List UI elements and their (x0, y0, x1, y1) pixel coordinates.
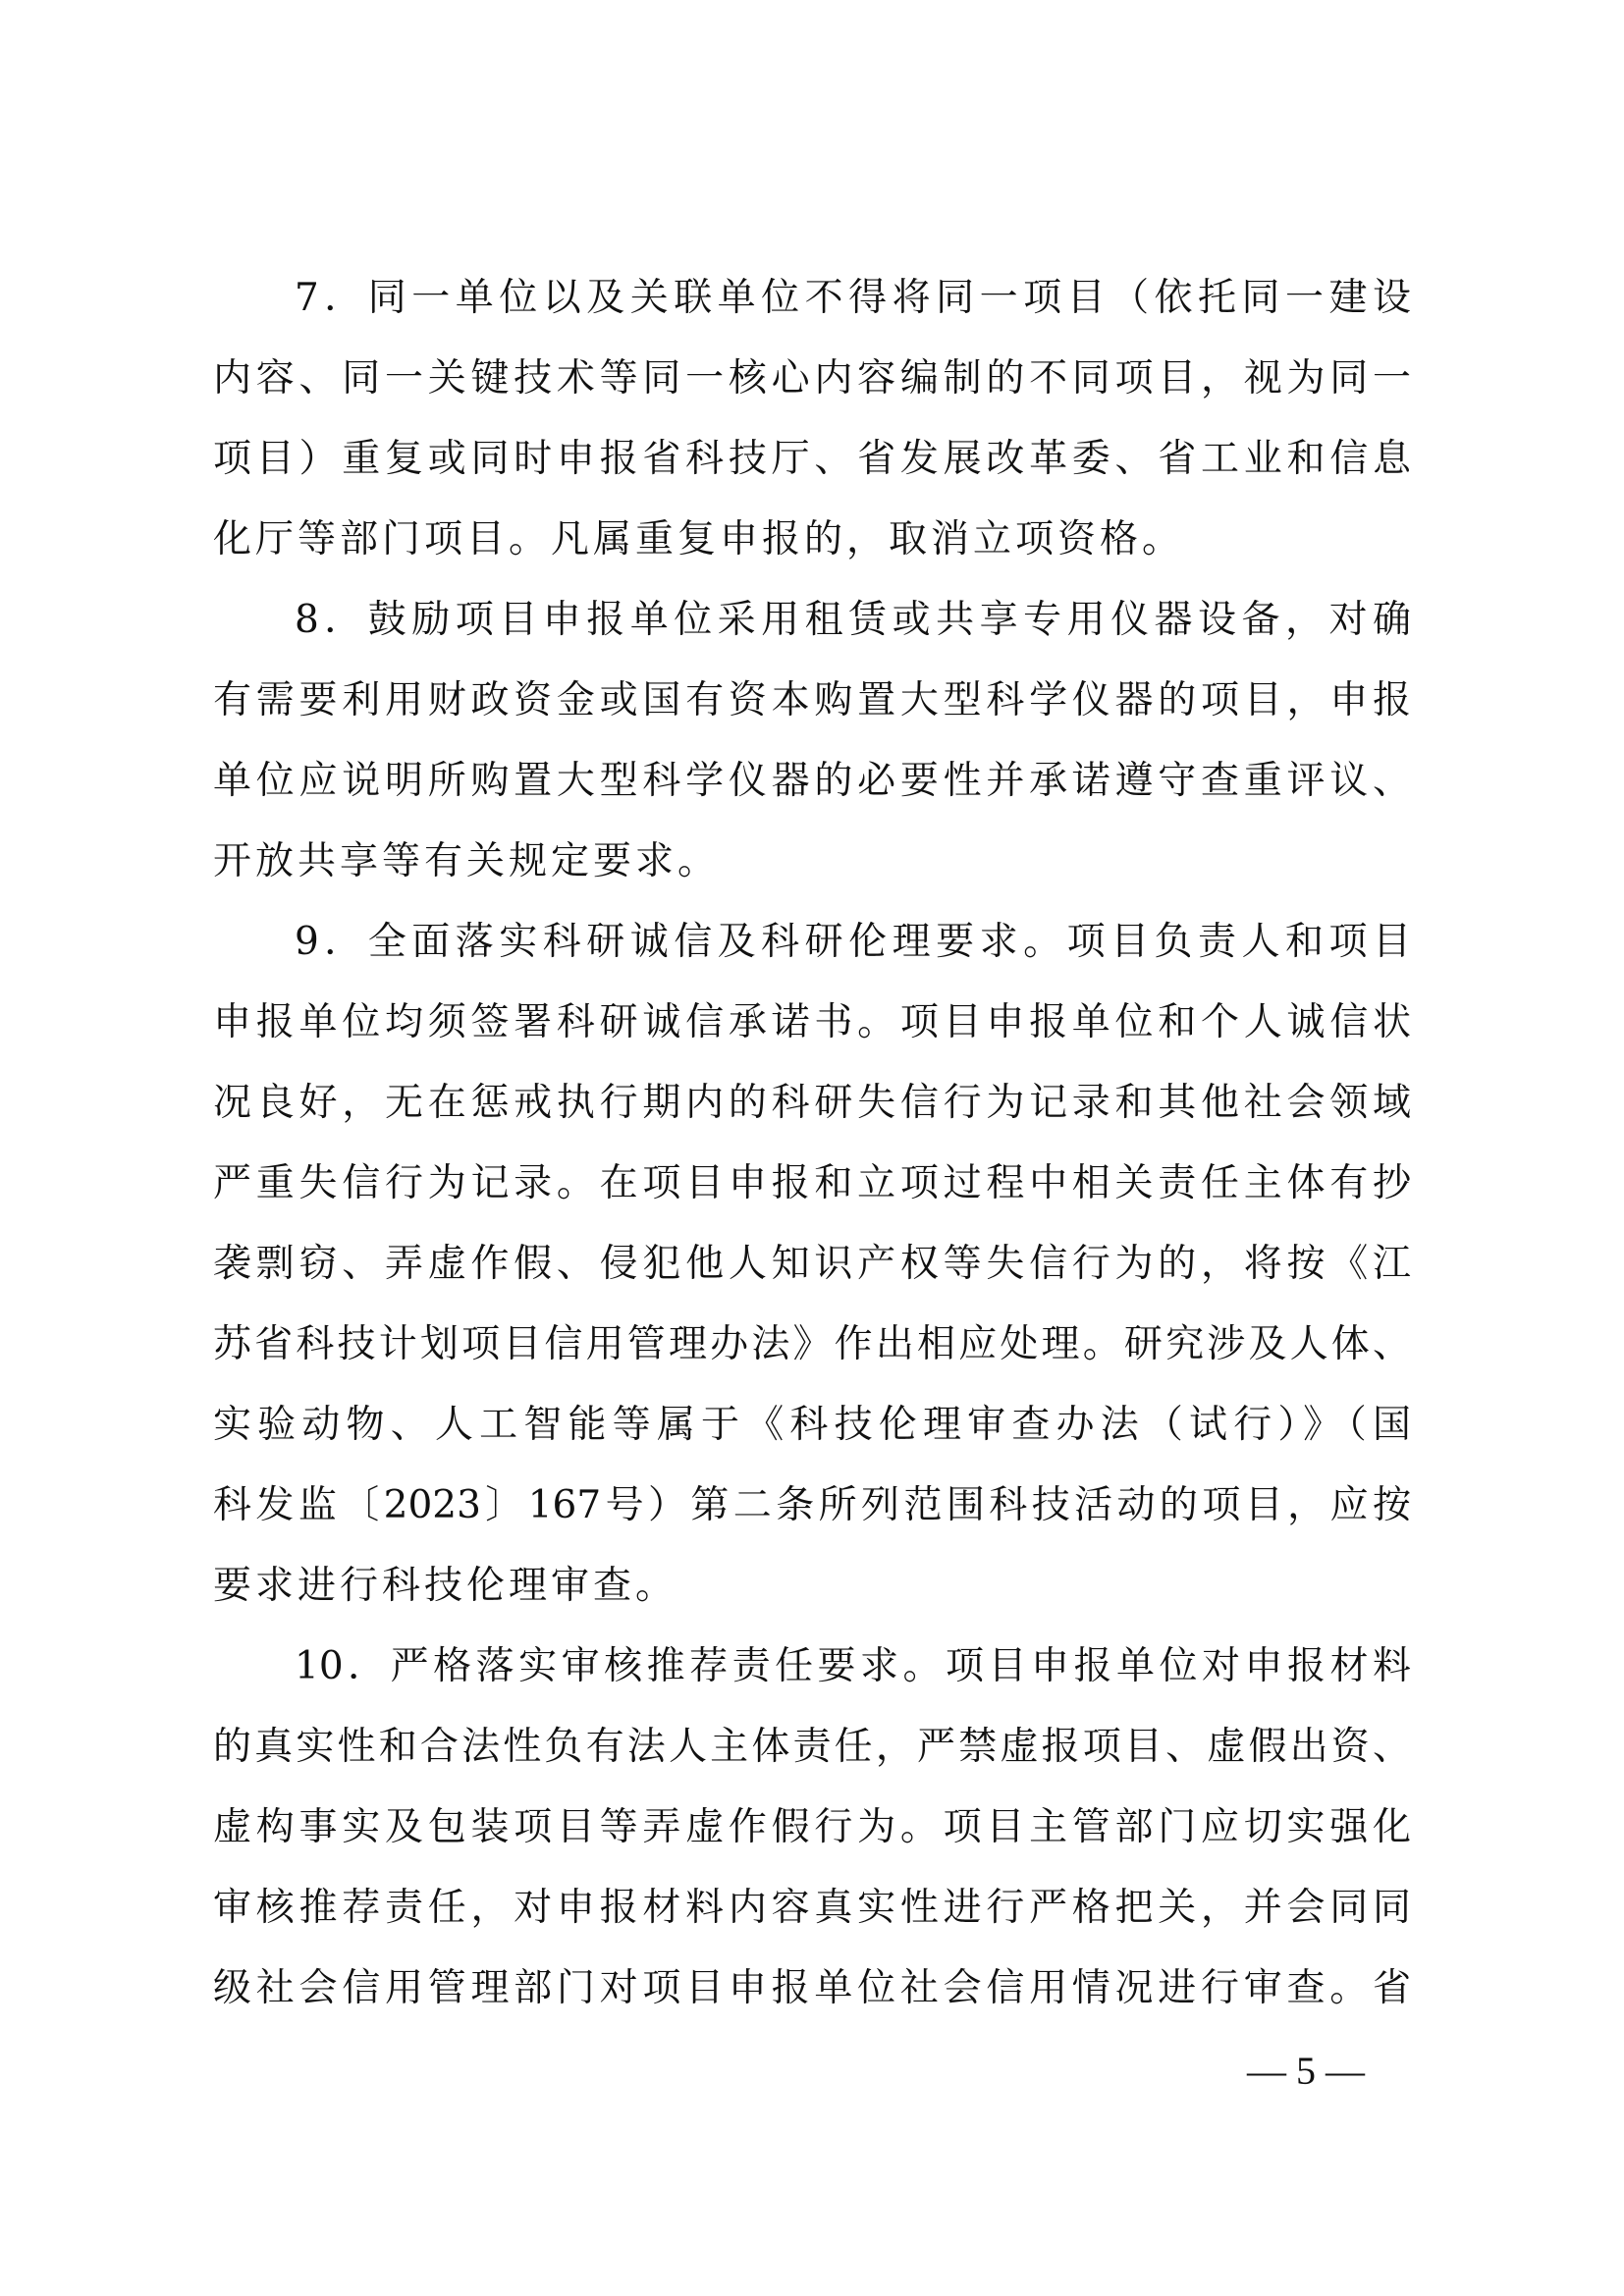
paragraph-9-line-5: 袭剽窃、弄虚作假、侵犯他人知识产权等失信行为的，将按《江 (213, 1224, 1411, 1305)
paragraph-9-line-4: 严重失信行为记录。在项目申报和立项过程中相关责任主体有抄 (213, 1144, 1411, 1224)
paragraph-10-line-1: 10．严格落实审核推荐责任要求。项目申报单位对申报材料 (295, 1627, 1411, 1707)
paragraph-9-line-6: 苏省科技计划项目信用管理办法》作出相应处理。研究涉及人体、 (213, 1305, 1411, 1385)
document-page: 7．同一单位以及关联单位不得将同一项目（依托同一建设 内容、同一关键技术等同一核… (0, 0, 1624, 2296)
paragraph-9-line-1: 9．全面落实科研诚信及科研伦理要求。项目负责人和项目 (295, 902, 1411, 983)
paragraph-9-line-8: 科发监〔2023〕167号）第二条所列范围科技活动的项目，应按 (213, 1466, 1411, 1546)
paragraph-8-line-2: 有需要利用财政资金或国有资本购置大型科学仪器的项目，申报 (213, 661, 1411, 741)
paragraph-10-line-5: 级社会信用管理部门对项目申报单位社会信用情况进行审查。省 (213, 1949, 1411, 2029)
paragraph-9-line-9: 要求进行科技伦理审查。 (213, 1546, 1411, 1627)
paragraph-10-line-3: 虚构事实及包装项目等弄虚作假行为。项目主管部门应切实强化 (213, 1788, 1411, 1868)
paragraph-9-line-7: 实验动物、人工智能等属于《科技伦理审查办法（试行）》（国 (213, 1385, 1411, 1466)
paragraph-9-line-2: 申报单位均须签署科研诚信承诺书。项目申报单位和个人诚信状 (213, 983, 1411, 1063)
paragraph-9-line-3: 况良好，无在惩戒执行期内的科研失信行为记录和其他社会领域 (213, 1063, 1411, 1144)
paragraph-7-line-3: 项目）重复或同时申报省科技厅、省发展改革委、省工业和信息 (213, 419, 1411, 500)
paragraph-8-line-1: 8．鼓励项目申报单位采用租赁或共享专用仪器设备，对确 (295, 580, 1411, 661)
paragraph-8-line-3: 单位应说明所购置大型科学仪器的必要性并承诺遵守查重评议、 (213, 741, 1411, 822)
paragraph-10-line-2: 的真实性和合法性负有法人主体责任，严禁虚报项目、虚假出资、 (213, 1707, 1411, 1788)
paragraph-8-line-4: 开放共享等有关规定要求。 (213, 822, 1411, 902)
page-number: — 5 — (1227, 2042, 1384, 2101)
paragraph-7-line-1: 7．同一单位以及关联单位不得将同一项目（依托同一建设 (295, 258, 1411, 339)
paragraph-10-line-4: 审核推荐责任，对申报材料内容真实性进行严格把关，并会同同 (213, 1868, 1411, 1949)
paragraph-7-line-2: 内容、同一关键技术等同一核心内容编制的不同项目，视为同一 (213, 339, 1411, 419)
paragraph-7-line-4: 化厅等部门项目。凡属重复申报的，取消立项资格。 (213, 500, 1411, 580)
